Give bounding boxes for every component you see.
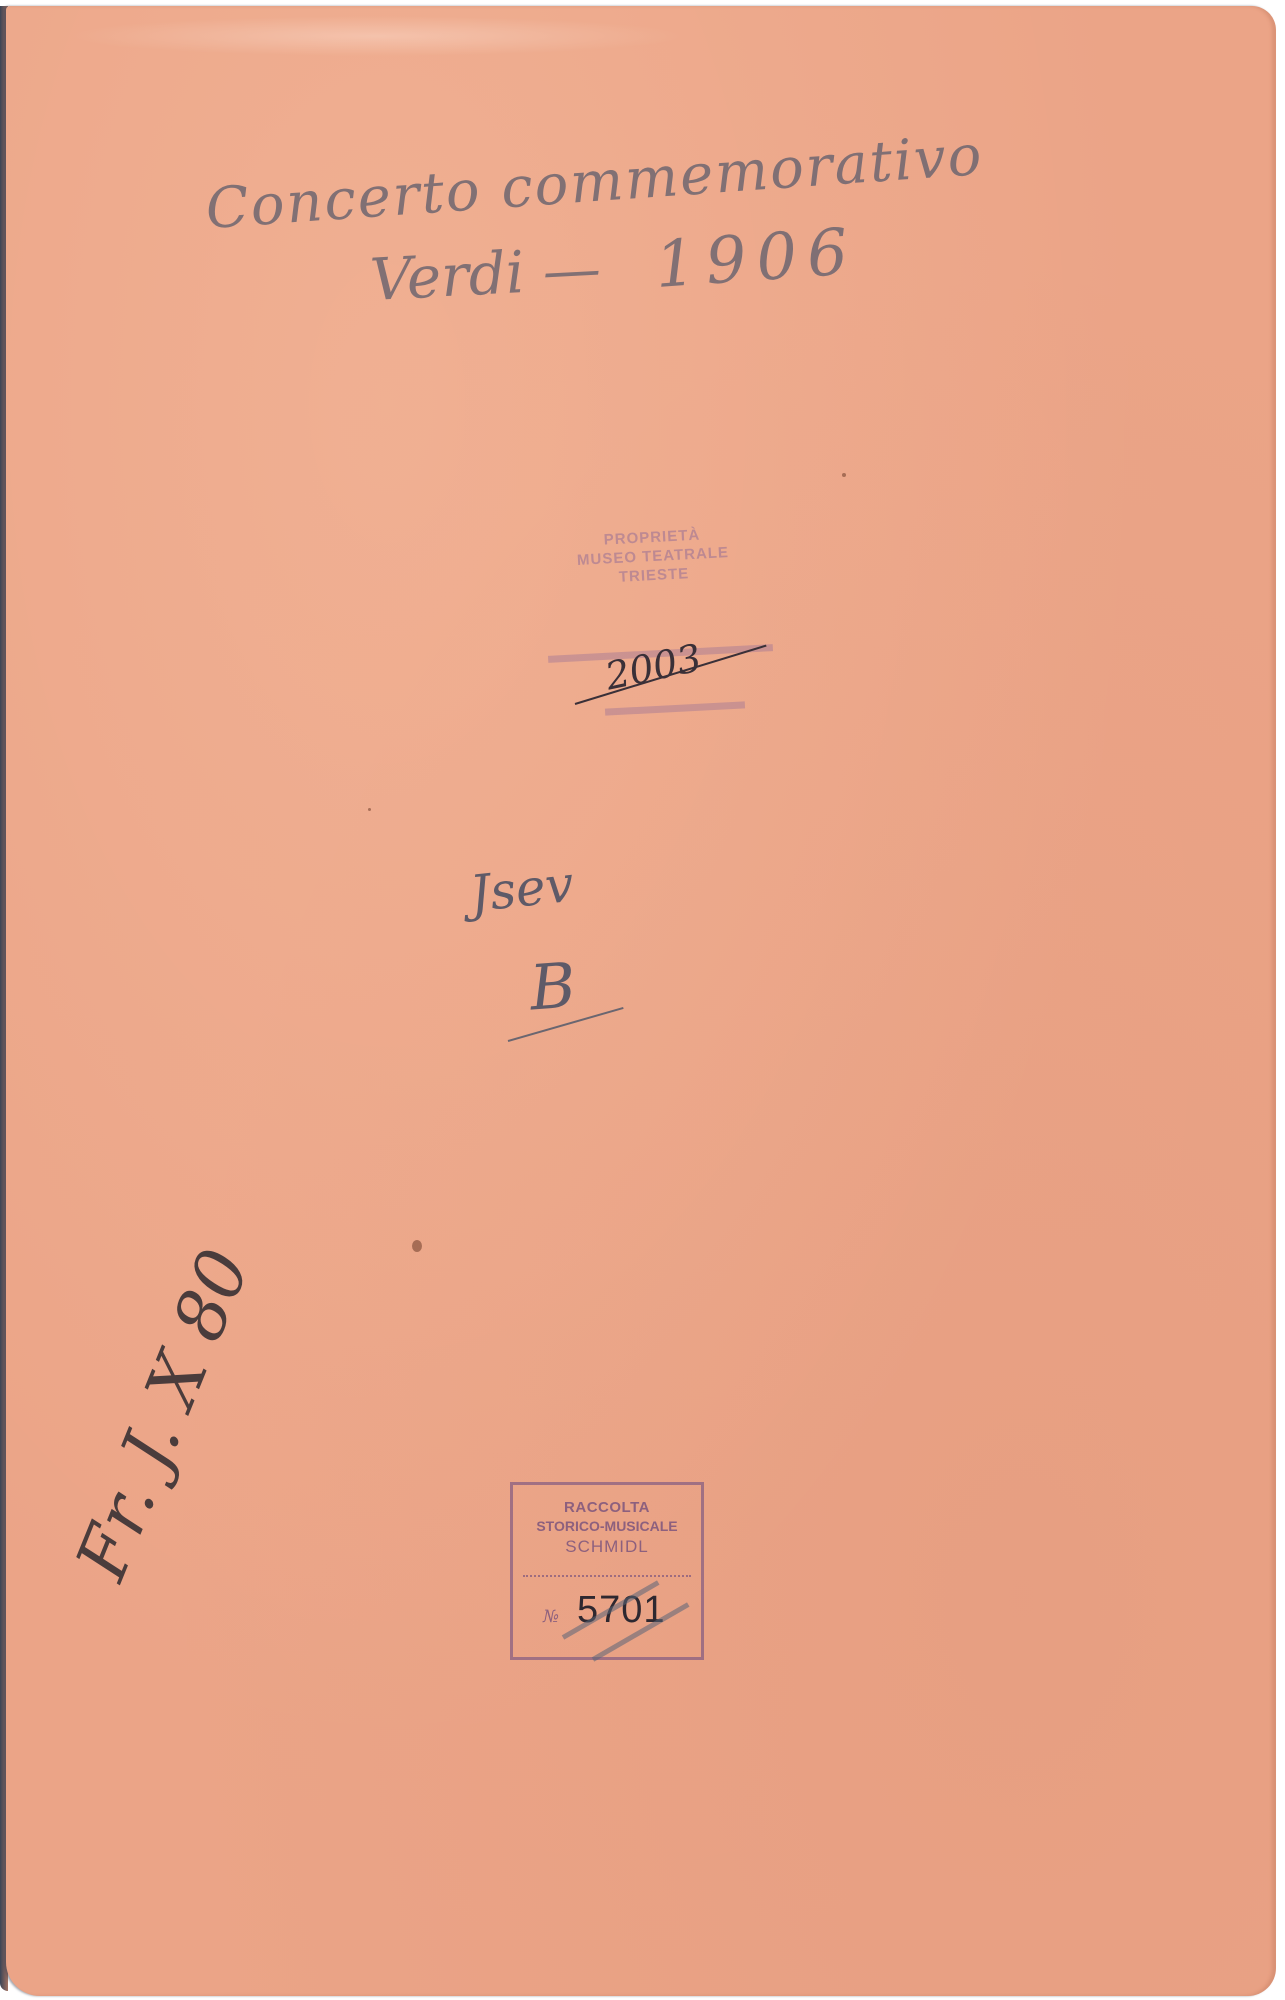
collection-stamp-line-3: SCHMIDL	[513, 1537, 701, 1557]
handwritten-year: 1906	[653, 215, 861, 303]
stamp-dotted-rule	[523, 1575, 691, 1577]
collection-stamp-line-1: RACCOLTA	[513, 1499, 701, 1516]
paper-speck	[412, 1240, 422, 1252]
handwritten-note: Jsev	[467, 855, 576, 924]
collection-stamp: RACCOLTA STORICO-MUSICALE SCHMIDL № 5701	[510, 1482, 704, 1660]
collection-stamp-line-2: STORICO-MUSICALE	[513, 1518, 701, 1534]
surface-wear	[66, 16, 686, 56]
paper-speck	[368, 808, 371, 811]
handwritten-letter: B	[528, 948, 579, 1024]
paper-speck	[842, 473, 846, 477]
museum-stamp: PROPRIETÀ MUSEO TEATRALE TRIESTE	[547, 523, 760, 591]
photo-card-verso	[6, 6, 1276, 1996]
number-label: №	[543, 1607, 559, 1627]
handwritten-composer: Verdi —	[368, 234, 602, 314]
